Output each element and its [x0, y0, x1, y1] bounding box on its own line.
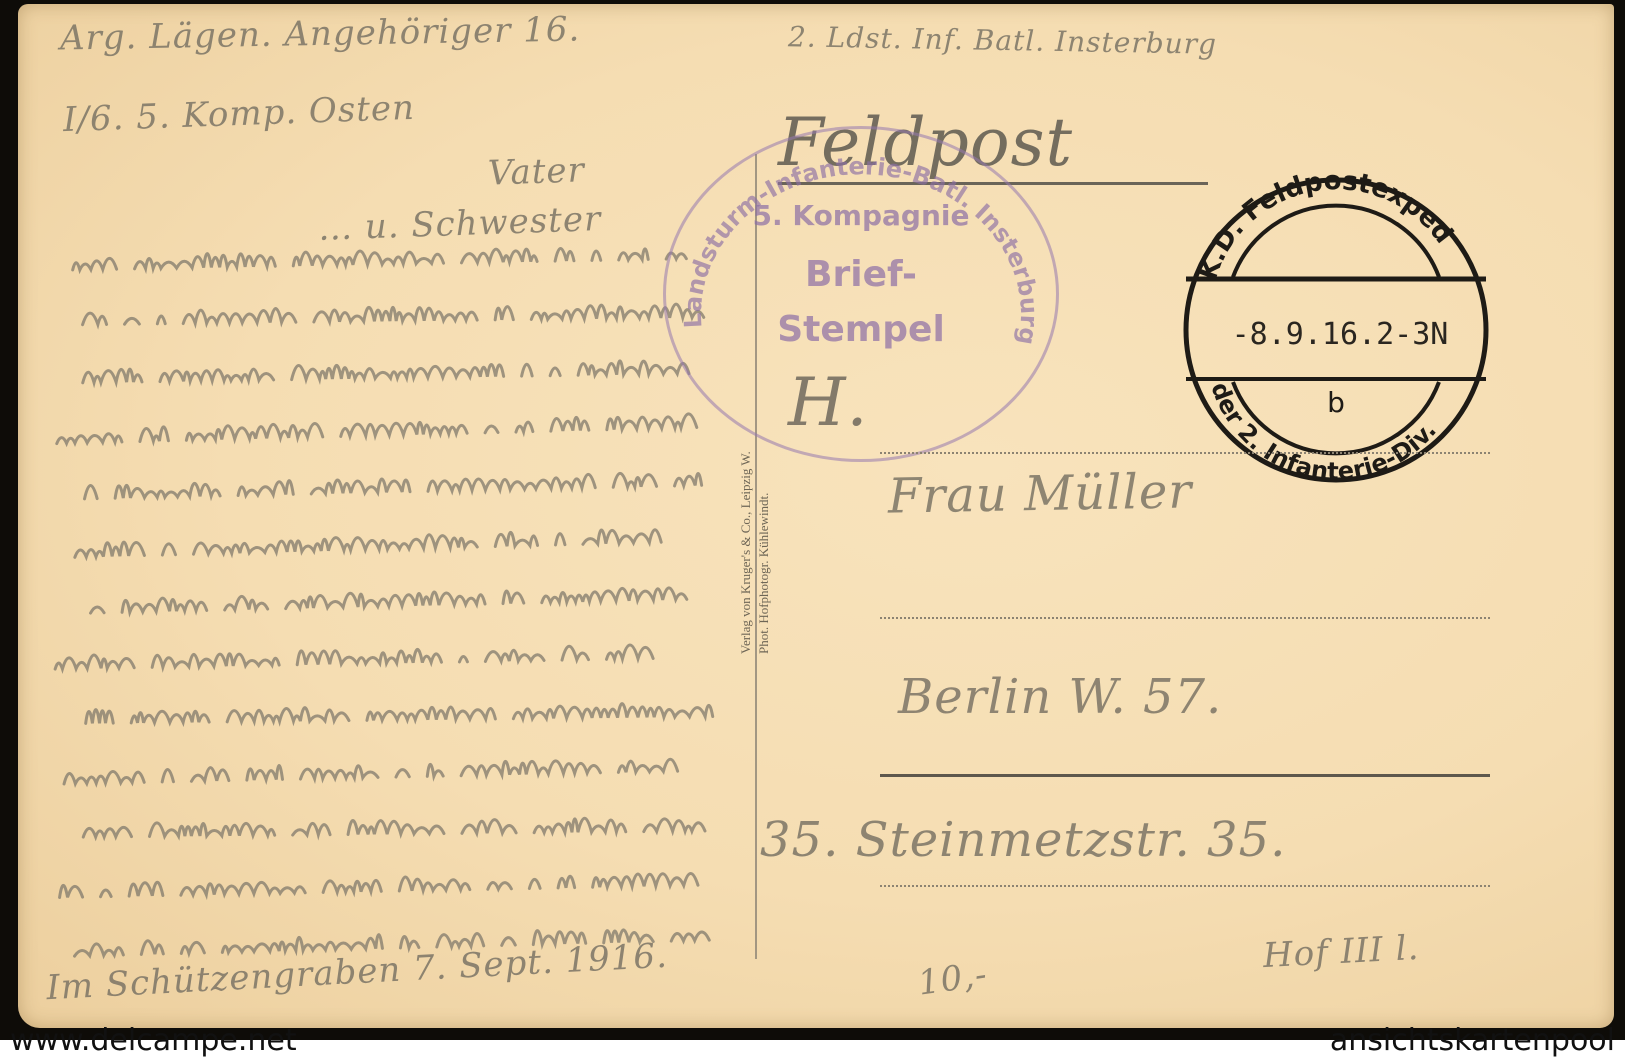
message-handwriting [38, 244, 758, 974]
unit-stamp-line-1: 5. Kompagnie [726, 199, 996, 232]
svg-text:der 2. Infanterie-Div.: der 2. Infanterie-Div. [1205, 379, 1442, 486]
sender-line-3: 2. Ldst. Inf. Batl. Insterburg [788, 20, 1218, 60]
address-line-1 [880, 452, 1490, 454]
svg-text:K.D. Feldpostexped: K.D. Feldpostexped [1193, 172, 1458, 284]
svg-text:b: b [1327, 386, 1345, 419]
address-line-3 [880, 774, 1490, 777]
svg-text:-8.9.16.2-3N: -8.9.16.2-3N [1232, 317, 1449, 352]
unit-stamp-line-2: Brief- [726, 254, 996, 295]
postcard: Arg. Lägen. Angehöriger 16. I/6. 5. Komp… [18, 4, 1614, 1028]
unit-stamp-line-3: Stempel [726, 309, 996, 350]
recipient-city: Berlin W. 57. [898, 669, 1222, 725]
address-line-4 [880, 885, 1490, 887]
message-line-1: Vater [487, 150, 585, 193]
price-note: 10,- [916, 954, 990, 1003]
message-line-2: … u. Schwester [317, 199, 601, 249]
printer-imprint-1: Verlag von Kruger's & Co., Leipzig W. [738, 451, 754, 654]
watermark-delcampe: www.delcampe.net [10, 1023, 297, 1058]
sender-line-2: I/6. 5. Komp. Osten [62, 88, 415, 140]
recipient-name: Frau Müller [888, 463, 1193, 524]
printer-imprint-2: Phot. Hofphotogr. Kühlewindt. [756, 493, 772, 654]
postmark: K.D. Feldpostexped der 2. Infanterie-Div… [1178, 172, 1494, 488]
signature-initial: H. [788, 364, 869, 441]
watermark-ansichtskartenpool: ansichtskartenpool [1330, 1023, 1615, 1058]
sender-line-1: Arg. Lägen. Angehöriger 16. [60, 9, 581, 58]
address-line-2 [880, 617, 1490, 619]
recipient-street: 35. Steinmetzstr. 35. [760, 812, 1286, 868]
recipient-note: Hof III l. [1262, 928, 1420, 976]
